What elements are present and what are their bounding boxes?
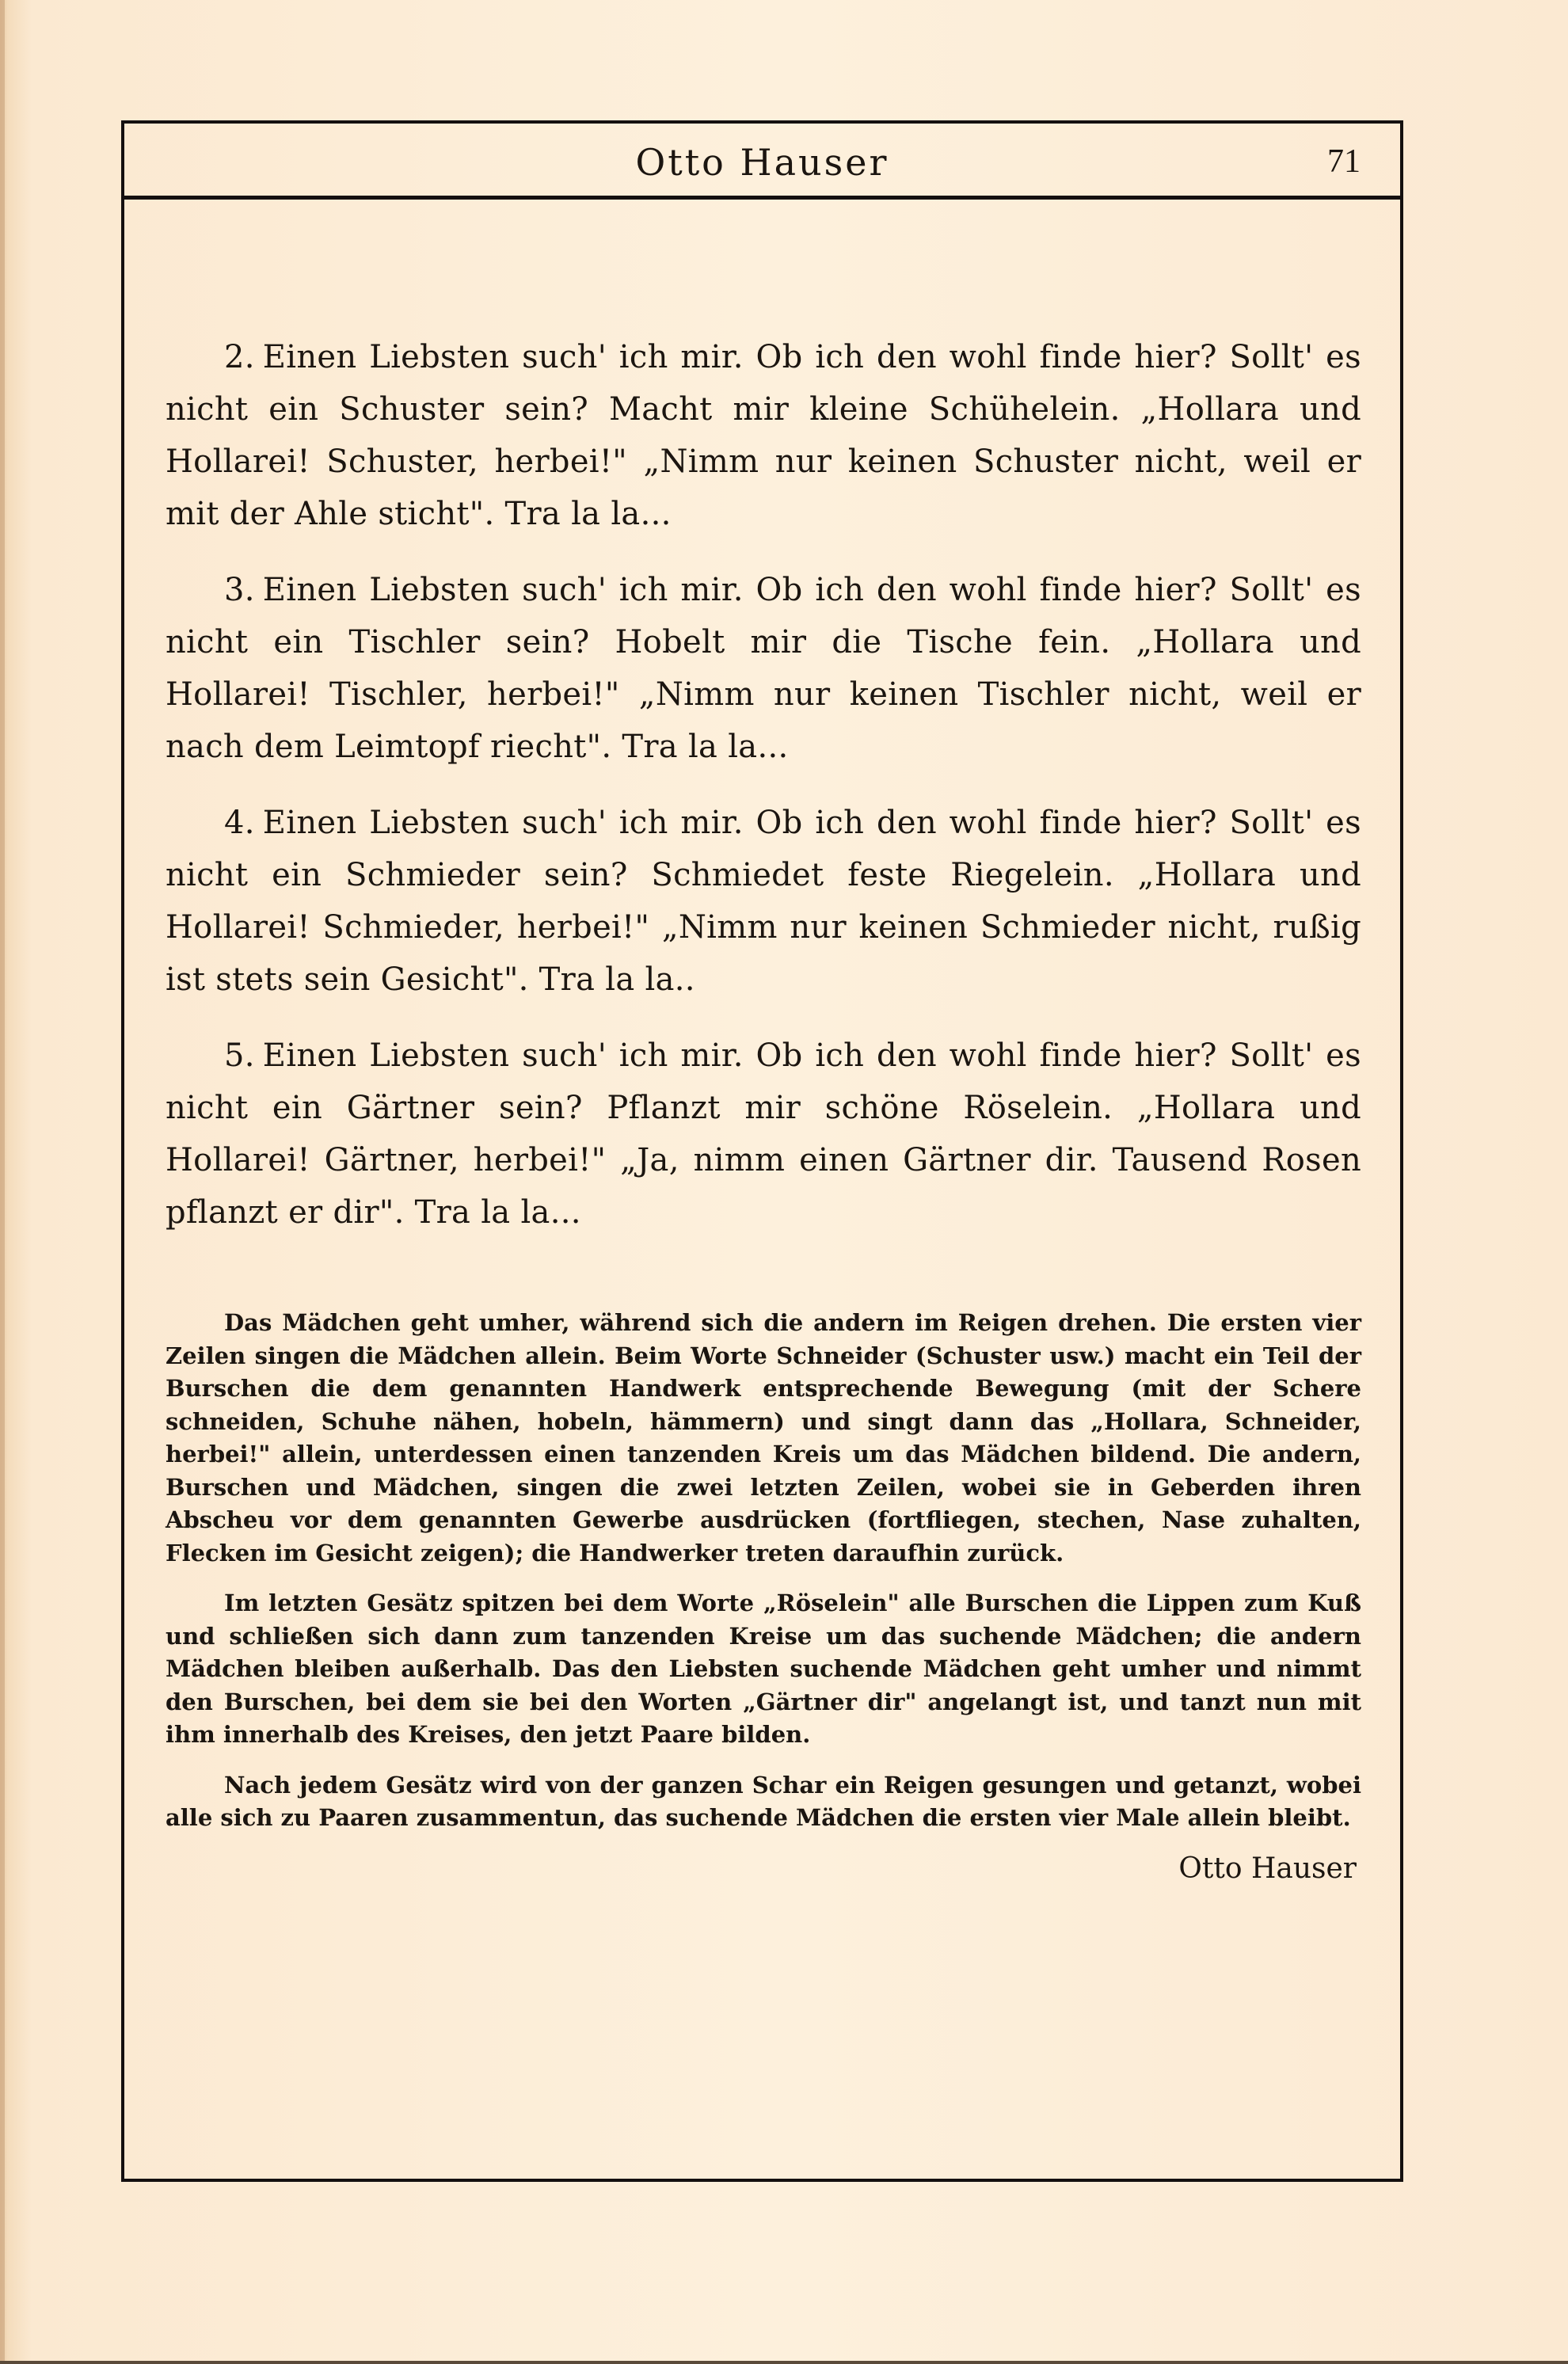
author-signature: Otto Hauser	[166, 1852, 1361, 1886]
instruction-paragraph-1: Das Mädchen geht umher, während sich die…	[166, 1307, 1361, 1570]
stanza-4: 4.Einen Liebsten such' ich mir. Ob ich d…	[166, 797, 1361, 1006]
stanza-5: 5.Einen Liebsten such' ich mir. Ob ich d…	[166, 1030, 1361, 1239]
running-header: Otto Hauser 71	[124, 124, 1400, 200]
stanza-3: 3.Einen Liebsten such' ich mir. Ob ich d…	[166, 564, 1361, 773]
stanza-number: 4.	[224, 805, 255, 841]
stanza-text: Einen Liebsten such' ich mir. Ob ich den…	[166, 572, 1361, 765]
instruction-paragraph-2: Im letzten Gesätz spitzen bei dem Worte …	[166, 1587, 1361, 1752]
stanza-number: 2.	[224, 339, 255, 375]
stanza-text: Einen Liebsten such' ich mir. Ob ich den…	[166, 805, 1361, 998]
scan-bottom-edge	[0, 2361, 1568, 2364]
song-verses: 2.Einen Liebsten such' ich mir. Ob ich d…	[166, 331, 1361, 1262]
instruction-paragraph-3: Nach jedem Gesätz wird von der ganzen Sc…	[166, 1769, 1361, 1835]
page-edge-shadow	[0, 0, 5, 2364]
stanza-2: 2.Einen Liebsten such' ich mir. Ob ich d…	[166, 331, 1361, 540]
stanza-number: 5.	[224, 1037, 255, 1074]
stanza-text: Einen Liebsten such' ich mir. Ob ich den…	[166, 339, 1361, 532]
page-number: 71	[1327, 143, 1361, 181]
stanza-text: Einen Liebsten such' ich mir. Ob ich den…	[166, 1037, 1361, 1231]
running-header-title: Otto Hauser	[124, 141, 1400, 184]
stanza-number: 3.	[224, 572, 255, 608]
dance-instructions: Das Mädchen geht umher, während sich die…	[166, 1307, 1361, 1885]
page-frame: Otto Hauser 71 2.Einen Liebsten such' ic…	[121, 120, 1403, 2182]
